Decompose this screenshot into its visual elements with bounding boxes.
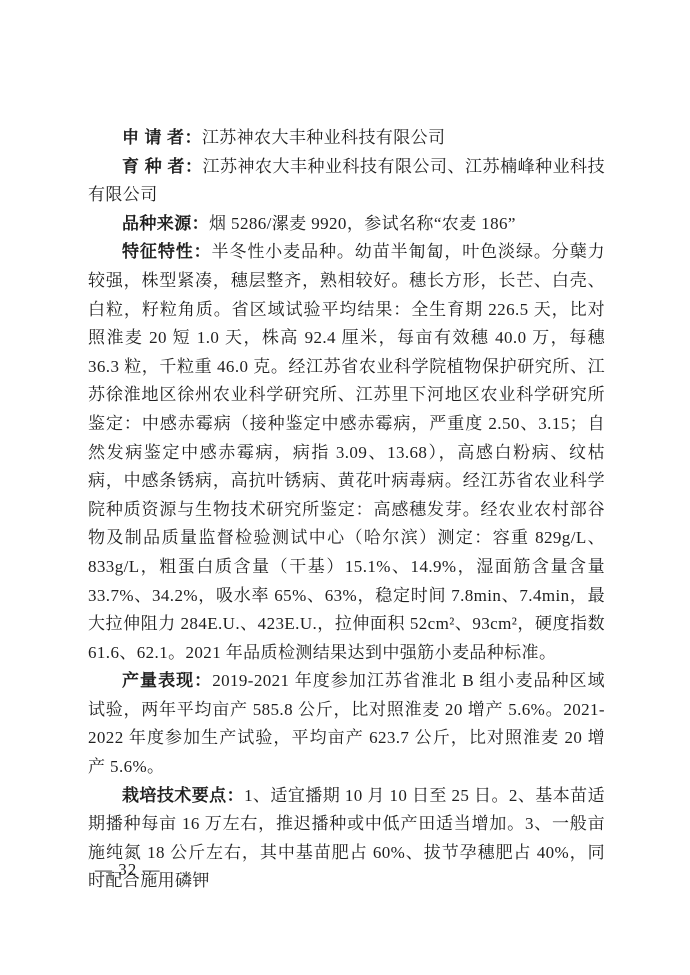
page-number: — 32 — [95, 860, 161, 879]
paragraph-yield-performance: 产量表现：2019-2021 年度参加江苏省淮北 B 组小麦品种区域试验，两年平… [88, 667, 605, 781]
paragraph-yield-performance-label: 产量表现： [122, 671, 212, 690]
paragraph-characteristics-text: 半冬性小麦品种。幼苗半匍匐，叶色淡绿。分蘖力较强，株型紧凑，穗层整齐，熟相较好。… [88, 242, 605, 661]
paragraph-cultivation-techniques-label: 栽培技术要点： [122, 786, 244, 805]
paragraph-breeder: 育 种 者：江苏神农大丰种业科技有限公司、江苏楠峰种业科技有限公司 [88, 153, 605, 210]
paragraph-variety-origin-label: 品种来源： [122, 214, 209, 233]
paragraph-breeder-label: 育 种 者： [122, 157, 202, 176]
paragraph-variety-origin-text: 烟 5286/漯麦 9920，参试名称“农麦 186” [209, 214, 516, 233]
document-body: 申 请 者：江苏神农大丰种业科技有限公司 育 种 者：江苏神农大丰种业科技有限公… [88, 124, 605, 896]
paragraph-cultivation-techniques: 栽培技术要点：1、适宜播期 10 月 10 日至 25 日。2、基本苗适期播种每… [88, 782, 605, 896]
page-footer: — 32 — [95, 858, 161, 882]
paragraph-applicant-text: 江苏神农大丰种业科技有限公司 [202, 128, 446, 147]
document-page: 申 请 者：江苏神农大丰种业科技有限公司 育 种 者：江苏神农大丰种业科技有限公… [0, 0, 690, 975]
paragraph-applicant: 申 请 者：江苏神农大丰种业科技有限公司 [88, 124, 605, 153]
paragraph-applicant-label: 申 请 者： [122, 128, 202, 147]
paragraph-characteristics-label: 特征特性： [122, 242, 212, 261]
paragraph-variety-origin: 品种来源：烟 5286/漯麦 9920，参试名称“农麦 186” [88, 210, 605, 239]
paragraph-characteristics: 特征特性：半冬性小麦品种。幼苗半匍匐，叶色淡绿。分蘖力较强，株型紧凑，穗层整齐，… [88, 238, 605, 667]
